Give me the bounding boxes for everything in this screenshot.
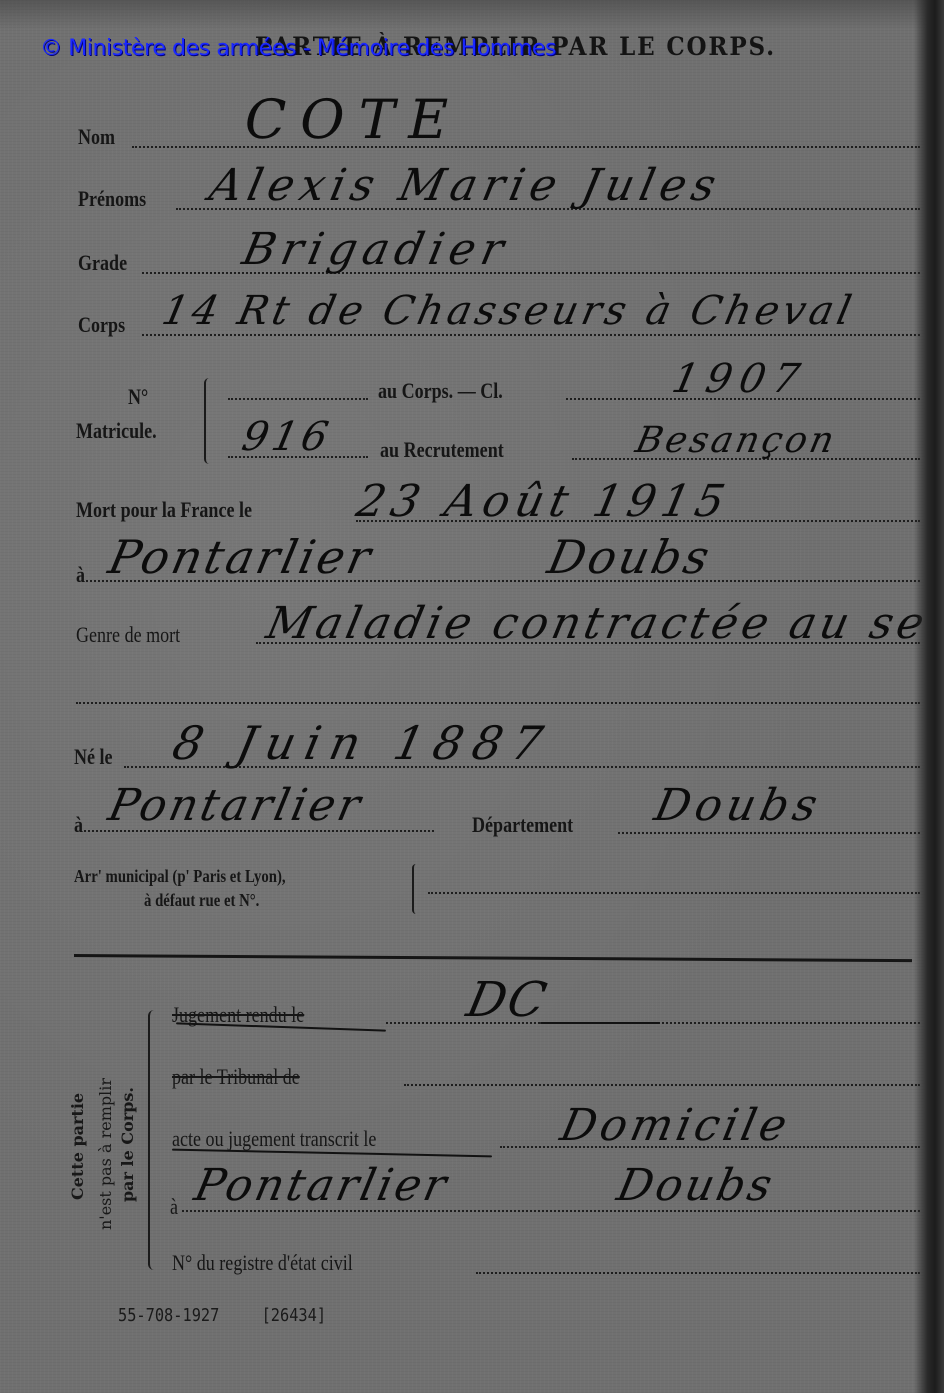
ne-lieu-label: à (74, 812, 83, 838)
ne-lieu-value: Pontarlier (104, 780, 368, 831)
transcrit-label: acte ou jugement transcrit le (172, 1126, 376, 1152)
arrondissement-brace (412, 864, 420, 914)
registre-label: N° du registre d'état civil (172, 1250, 353, 1276)
print-number: [26434] (262, 1305, 326, 1326)
prenoms-value: Alexis Marie Jules (205, 160, 726, 211)
ne-le-label: Né le (74, 744, 113, 770)
nom-label: Nom (78, 124, 115, 150)
side-note-line2: n'est pas à remplir (96, 1078, 116, 1230)
transcrit-value: Domicile (556, 1100, 795, 1151)
lower-section-brace (148, 1010, 160, 1270)
tribunal-label: par le Tribunal de (172, 1064, 300, 1090)
arrondissement-label-line2: à défaut rue et N°. (144, 890, 259, 911)
transcrit-lieu-value: Pontarlier Doubs (190, 1160, 779, 1211)
arrondissement-label-line1: Arr' municipal (p' Paris et Lyon), (74, 866, 286, 887)
print-reference: 55-708-1927 [26434] (118, 1305, 326, 1326)
transcrit-lieu-label: à (170, 1194, 178, 1220)
jugement-value-underline (540, 1022, 660, 1024)
matricule-label: Matricule. (76, 418, 157, 444)
print-code: 55-708-1927 (118, 1305, 219, 1326)
scan-edge-right (914, 0, 944, 1393)
matricule-no-label: N° (128, 384, 148, 410)
mort-value: 23 Août 1915 (352, 476, 735, 527)
mort-lieu-value: Pontarlier Doubs (104, 530, 717, 584)
corps-value: 14 Rt de Chasseurs à Cheval (158, 288, 859, 334)
departement-dotted-line (618, 832, 920, 834)
matricule-brace (204, 378, 214, 464)
side-note-line3: par le Corps. (118, 1087, 138, 1202)
recrutement-value: Besançon (632, 420, 841, 461)
tribunal-dotted-line (404, 1084, 920, 1086)
copyright-watermark: © Ministère des armées - Mémoire des Hom… (40, 36, 556, 61)
mort-label: Mort pour la France le (76, 497, 252, 523)
side-note-line1: Cette partie (68, 1093, 88, 1200)
mort-lieu-label: à (76, 562, 85, 588)
departement-value: Doubs (650, 780, 827, 831)
genre-mort-continuation-line (76, 702, 920, 704)
ne-le-value: 8 Juin 1887 (168, 716, 557, 770)
prenoms-label: Prénoms (78, 186, 146, 212)
au-corps-dotted-line (228, 398, 368, 400)
departement-label: Département (472, 812, 573, 838)
recrutement-label: au Recrutement (380, 437, 504, 463)
arrondissement-dotted-line (428, 892, 920, 894)
grade-label: Grade (78, 250, 127, 276)
corps-dotted-line (142, 334, 920, 336)
nom-value: COTE (238, 88, 468, 151)
scan-edge-top (0, 0, 944, 30)
corps-label: Corps (78, 312, 125, 338)
classe-value: 1907 (668, 356, 812, 402)
genre-mort-label: Genre de mort (76, 622, 180, 648)
recrutement-number: 916 (238, 414, 336, 460)
grade-value: Brigadier (238, 224, 514, 275)
genre-mort-value: Maladie contractée au service (262, 598, 944, 649)
jugement-value: DC (462, 972, 553, 1028)
au-corps-label: au Corps. — Cl. (378, 378, 503, 404)
registre-dotted-line (476, 1272, 920, 1274)
